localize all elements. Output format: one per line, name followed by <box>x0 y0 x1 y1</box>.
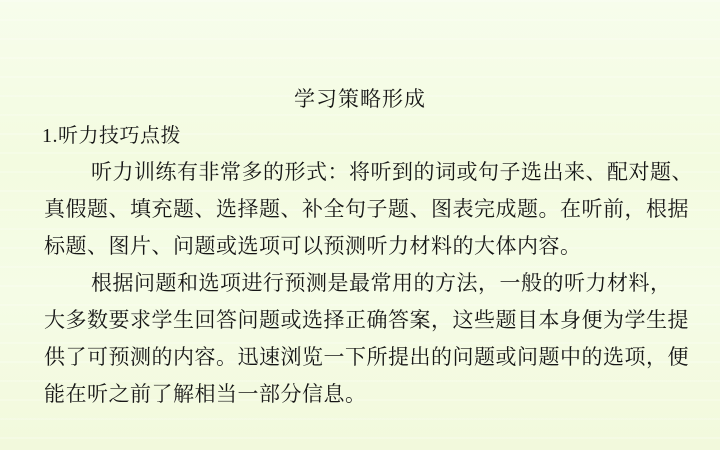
paragraph-line: 真假题、填充题、选择题、补全句子题、图表完成题。在听前，根据 <box>44 191 696 228</box>
slide-canvas: 学习策略形成 1.听力技巧点拨 听力训练有非常多的形式：将听到的词或句子选出来、… <box>0 0 720 450</box>
paragraph-line: 大多数要求学生回答问题或选择正确答案，这些题目本身便为学生提 <box>44 302 696 339</box>
slide-title: 学习策略形成 <box>0 86 720 112</box>
paragraph-prediction-method: 根据问题和选项进行预测是最常用的方法，一般的听力材料， 大多数要求学生回答问题或… <box>44 265 696 413</box>
paragraph-line: 供了可预测的内容。迅速浏览一下所提出的问题或问题中的选项，便 <box>44 339 696 376</box>
paragraph-listening-forms: 听力训练有非常多的形式：将听到的词或句子选出来、配对题、 真假题、填充题、选择题… <box>44 154 696 265</box>
paragraph-line: 标题、图片、问题或选项可以预测听力材料的大体内容。 <box>44 228 696 265</box>
paragraph-line: 听力训练有非常多的形式：将听到的词或句子选出来、配对题、 <box>44 154 696 191</box>
section-heading: 1.听力技巧点拨 <box>42 124 181 148</box>
paragraph-line: 根据问题和选项进行预测是最常用的方法，一般的听力材料， <box>44 265 696 302</box>
paragraph-line: 能在听之前了解相当一部分信息。 <box>44 376 696 413</box>
